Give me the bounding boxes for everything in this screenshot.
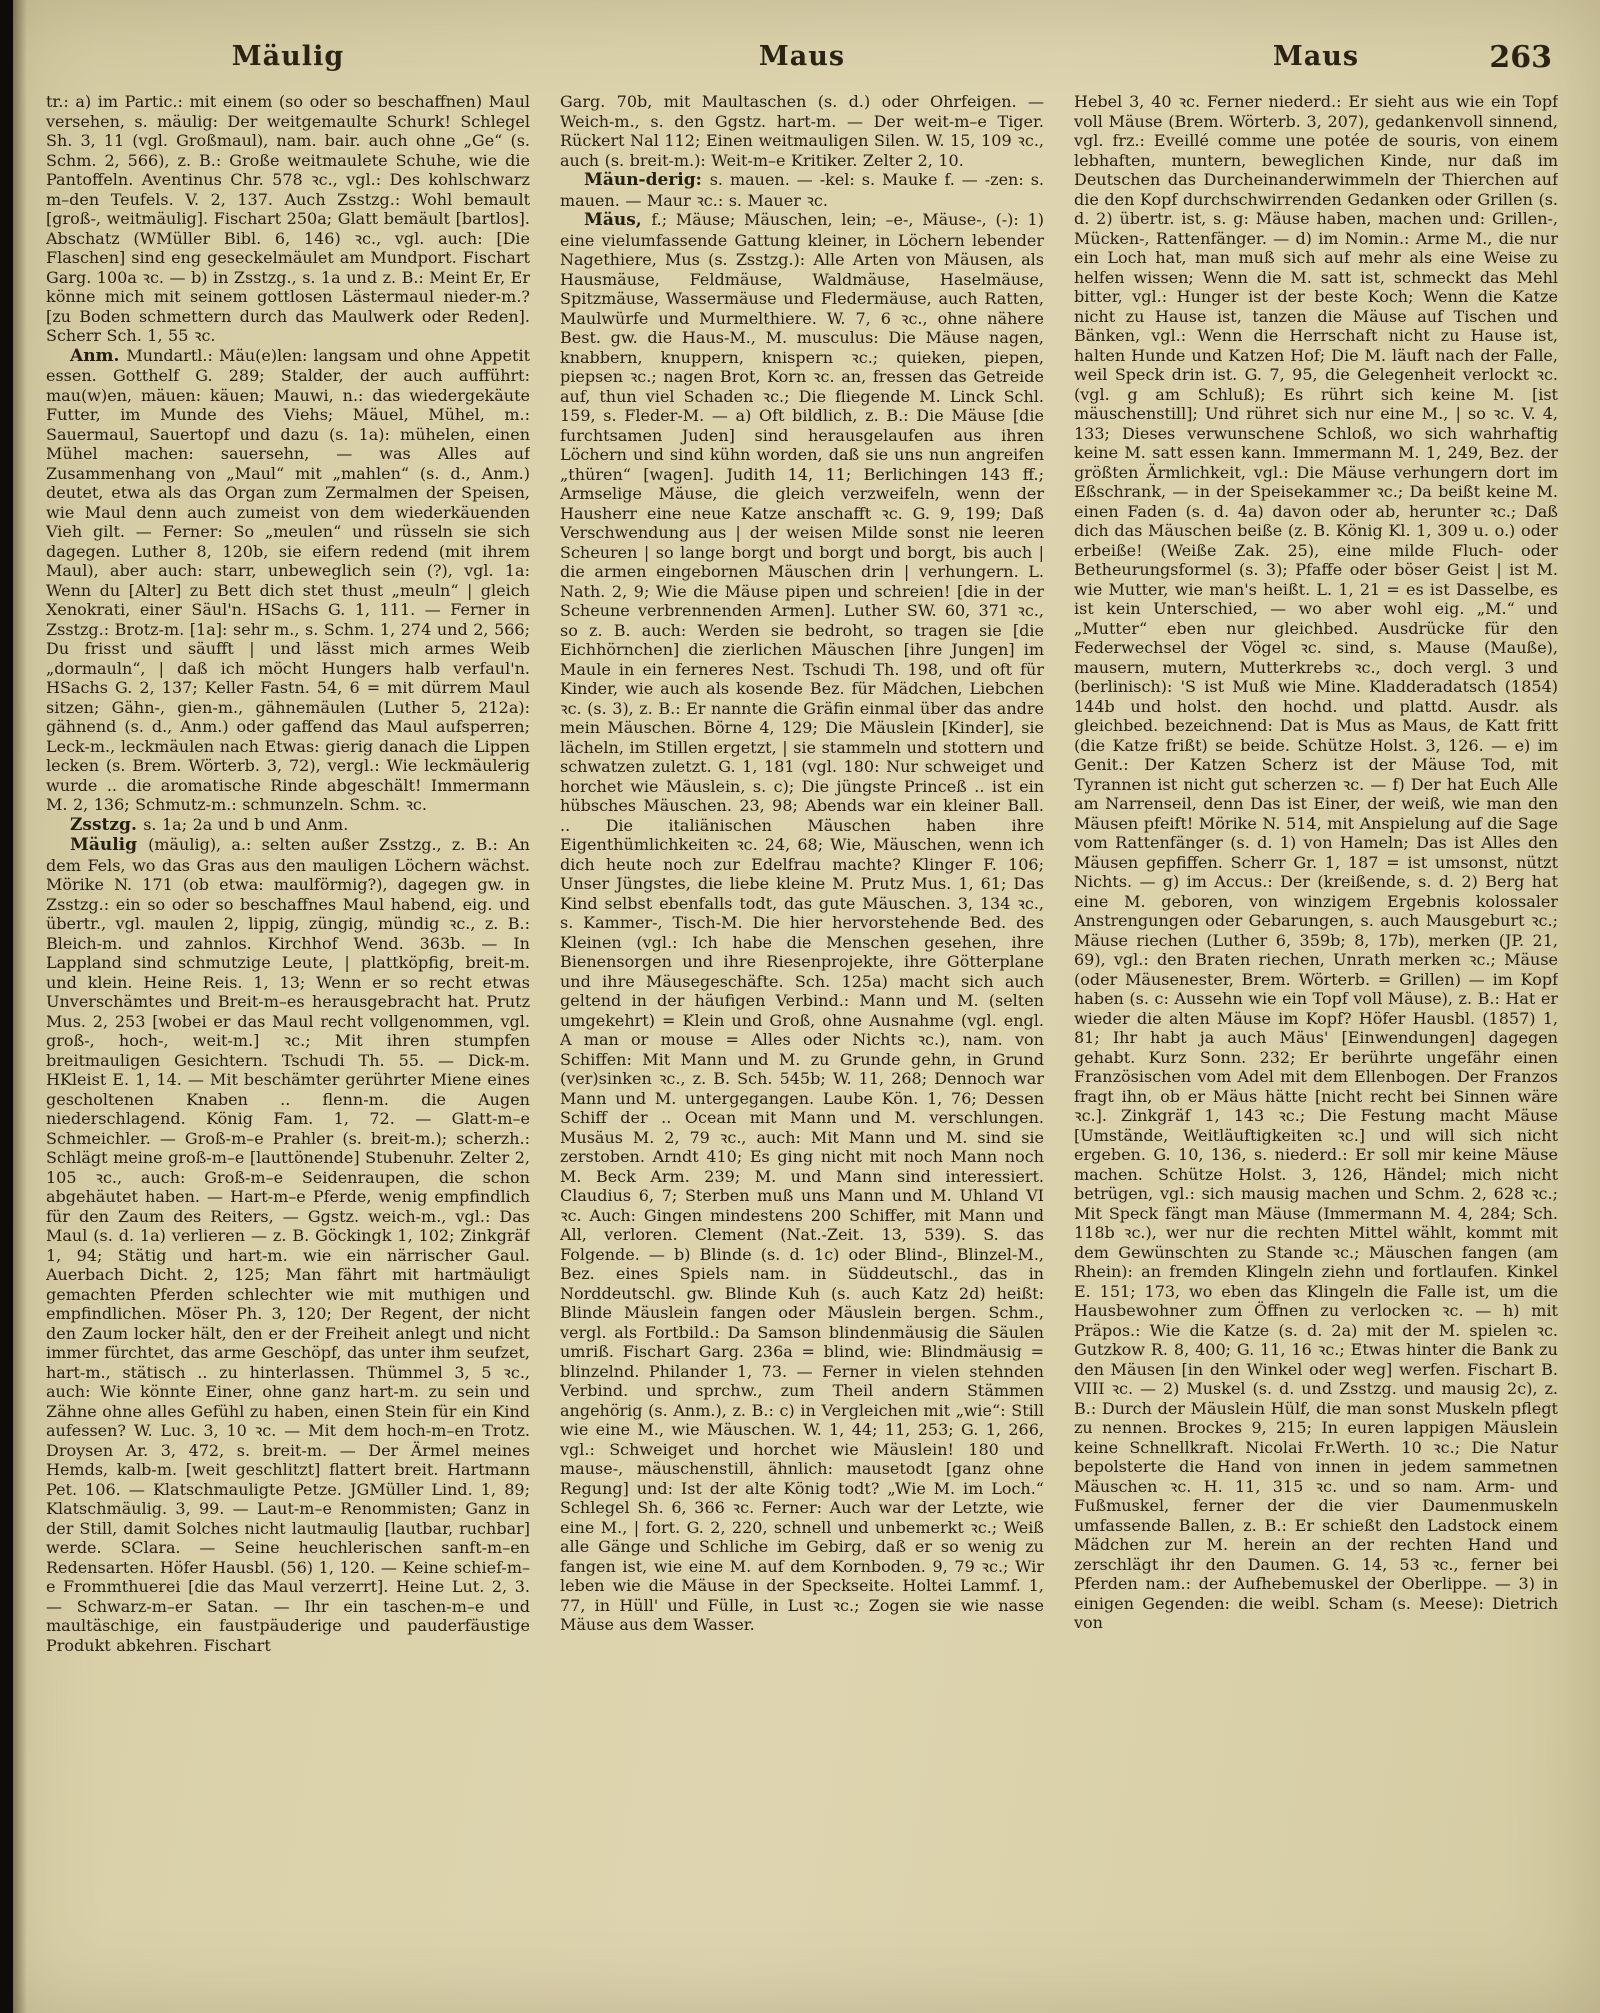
text-column-2: Garg. 70b, mit Maultaschen (s. d.) oder … — [560, 92, 1044, 1977]
headword: Mäulig — [70, 835, 148, 855]
text-block: tr.: a) im Partic.: mit einem (so oder s… — [46, 92, 1558, 1977]
paragraph: Zsstzg. s. 1a; 2a und b und Anm. — [46, 815, 530, 836]
paragraph: tr.: a) im Partic.: mit einem (so oder s… — [46, 92, 530, 346]
running-title-center: Maus — [560, 42, 1044, 72]
text-column-1: tr.: a) im Partic.: mit einem (so oder s… — [46, 92, 530, 1977]
paragraph: Garg. 70b, mit Maultaschen (s. d.) oder … — [560, 92, 1044, 170]
paragraph: Mäun-derig: s. mauen. — -kel: s. Mauke f… — [560, 170, 1044, 210]
headword: Zsstzg. — [70, 815, 143, 835]
running-header: Mäulig Maus Maus — [46, 42, 1560, 72]
headword: Mäun-derig: — [584, 170, 710, 190]
text-column-3: Hebel 3, 40 ꝛc. Ferner niederd.: Er sieh… — [1074, 92, 1558, 1977]
paragraph: Mäus, f.; Mäuse; Mäuschen, lein; –e-, Mä… — [560, 210, 1044, 1635]
paragraph: Anm. Mundartl.: Mäu(e)len: langsam und o… — [46, 346, 530, 815]
paragraph: Hebel 3, 40 ꝛc. Ferner niederd.: Er sieh… — [1074, 92, 1558, 1633]
running-title-right: Maus — [1074, 42, 1558, 72]
headword: Anm. — [70, 346, 126, 366]
dictionary-page: Mäulig Maus Maus 263 tr.: a) im Partic.:… — [0, 0, 1600, 2013]
headword: Mäus, — [584, 210, 651, 230]
paragraph: Mäulig (mäulig), a.: selten außer Zsstzg… — [46, 835, 530, 1655]
running-title-left: Mäulig — [46, 42, 530, 72]
page-number: 263 — [1489, 40, 1552, 75]
scan-edge-strip — [0, 0, 13, 2013]
